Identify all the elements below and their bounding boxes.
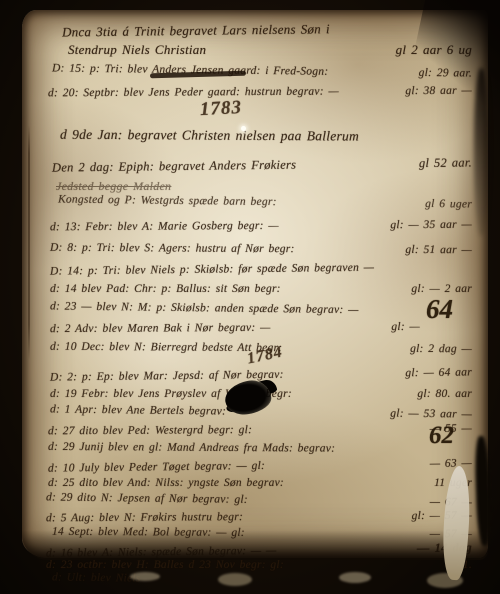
entry-text: Dnca 3tia á Trinit begravet Lars nielsen… xyxy=(62,21,330,40)
manuscript-line: Stendrup Niels Christiangl 2 aar 6 ug xyxy=(68,42,472,58)
manuscript-line: d: 29 dito N: Jepsen af Nør begrav: gl:—… xyxy=(46,491,472,508)
manuscript-line: Jedsted begge Malden xyxy=(56,179,472,194)
entry-text: d: 14 blev Pad: Chr: p: Ballus: sit Søn … xyxy=(50,283,281,295)
entry-age: gl: 80. aar xyxy=(417,388,472,400)
manuscript-line: d: 23 — blev N: M: p: Skiølsb: anden spæ… xyxy=(50,300,472,317)
entry-age: gl 52 aar. xyxy=(419,155,472,171)
entry-text: d: 20: Septbr: blev Jens Peder gaard: hu… xyxy=(48,86,339,100)
manuscript-line: d: Ult: blev Niels xyxy=(52,571,472,588)
debris-bottom-edge xyxy=(130,572,160,581)
margin-age-number: 64 xyxy=(426,294,453,325)
entry-age: gl: — xyxy=(391,321,420,333)
entry-text: d 9de Jan: begravet Christen nielsen paa… xyxy=(60,127,359,145)
manuscript-line: d: 27 dito blev Ped: Westergrd begr: gl:… xyxy=(48,423,472,438)
entry-age: gl: — 35 aar — xyxy=(390,219,472,231)
entry-text: d: 23 octbr: blev H: Balles d 23 Nov beg… xyxy=(46,559,284,571)
entry-text: Kongsted og P: Westgrds spæde barn begr: xyxy=(58,193,277,208)
manuscript-line: d: 25 dito blev And: Nilss: yngste Søn b… xyxy=(48,477,472,489)
manuscript-line: Dnca 3tia á Trinit begravet Lars nielsen… xyxy=(62,19,472,40)
page-bottom-shade xyxy=(22,530,488,560)
entry-text: Stendrup Niels Christian xyxy=(68,42,206,58)
entry-age: gl: 2 dag — xyxy=(410,343,472,355)
manuscript-line: D: 14: p: Tri: blev Niels p: Skiølsb: fø… xyxy=(50,260,472,277)
manuscript-line: d: 10 July blev Peder Tøget begrav: — gl… xyxy=(48,457,472,474)
entry-text: d: 1 Apr: blev Ane Bertels begrav: xyxy=(50,403,226,417)
manuscript-line: d: 23 octbr: blev H: Balles d 23 Nov beg… xyxy=(46,559,472,571)
manuscript-photo: Dnca 3tia á Trinit begravet Lars nielsen… xyxy=(0,0,500,594)
manuscript-line: D: 2: p: Ep: blev Mar: Jepsd: af Nør beg… xyxy=(50,366,472,383)
entry-text: Den 2 dag: Epiph: begravet Anders Frøkie… xyxy=(52,158,296,176)
entry-text: d: Ult: blev Niels xyxy=(52,571,141,584)
paper-speck xyxy=(241,126,246,131)
manuscript-line: d: 14 blev Pad: Chr: p: Ballus: sit Søn … xyxy=(50,283,472,295)
entry-text: d: 25 dito blev And: Nilss: yngste Søn b… xyxy=(48,477,284,489)
entry-text: d: 29 Junij blev en gl: Mand Andreas fra… xyxy=(48,441,335,455)
entry-text: d: 23 — blev N: M: p: Skiølsb: anden spæ… xyxy=(50,300,359,316)
manuscript-line: Den 2 dag: Epiph: begravet Anders Frøkie… xyxy=(52,155,472,175)
manuscript-line: d: 5 Aug: blev N: Frøkirs hustru begr:gl… xyxy=(46,510,472,525)
entry-text: d: 27 dito blev Ped: Westergrd begr: gl: xyxy=(48,424,252,437)
manuscript-line: d: 29 Junij blev en gl: Mand Andreas fra… xyxy=(48,441,418,455)
margin-age-number: 62 xyxy=(429,422,454,450)
entry-text: d: 13: Febr: blev A: Marie Gosberg begr:… xyxy=(50,220,279,233)
manuscript-line: d: 13: Febr: blev A: Marie Gosberg begr:… xyxy=(50,219,472,234)
manuscript-line: d: 2 Adv: blev Maren Bak i Nør begrav: —… xyxy=(50,321,420,335)
dark-streak-right xyxy=(474,68,489,236)
entry-text: D: 8: p: Tri: blev S: Agers: hustru af N… xyxy=(50,242,295,255)
entry-text: d: 5 Aug: blev N: Frøkirs hustru begr: xyxy=(46,511,243,524)
entry-age: gl: 51 aar — xyxy=(405,244,472,256)
entry-age: gl: — 53 aar — xyxy=(390,408,472,421)
manuscript-line: d 9de Jan: begravet Christen nielsen paa… xyxy=(60,127,472,146)
entry-age: gl: — 64 aar xyxy=(405,366,472,379)
entry-age: gl 6 uger xyxy=(425,198,472,211)
entry-text: d: 2 Adv: blev Maren Bak i Nør begrav: — xyxy=(50,322,271,335)
entry-text: Jedsted begge Malden xyxy=(56,179,171,194)
entry-text: d: 10 July blev Peder Tøget begrav: — gl… xyxy=(48,460,265,475)
year-header: 1783 xyxy=(199,97,242,121)
manuscript-line: D: 8: p: Tri: blev S: Agers: hustru af N… xyxy=(50,242,472,257)
entry-text: d: 29 dito N: Jepsen af Nør begrav: gl: xyxy=(46,491,248,505)
manuscript-line: Kongsted og P: Westgrds spæde barn begr:… xyxy=(58,193,472,210)
entry-text: D: 14: p: Tri: blev Niels p: Skiølsb: fø… xyxy=(50,262,374,278)
entry-age: — 63 — xyxy=(430,457,472,470)
